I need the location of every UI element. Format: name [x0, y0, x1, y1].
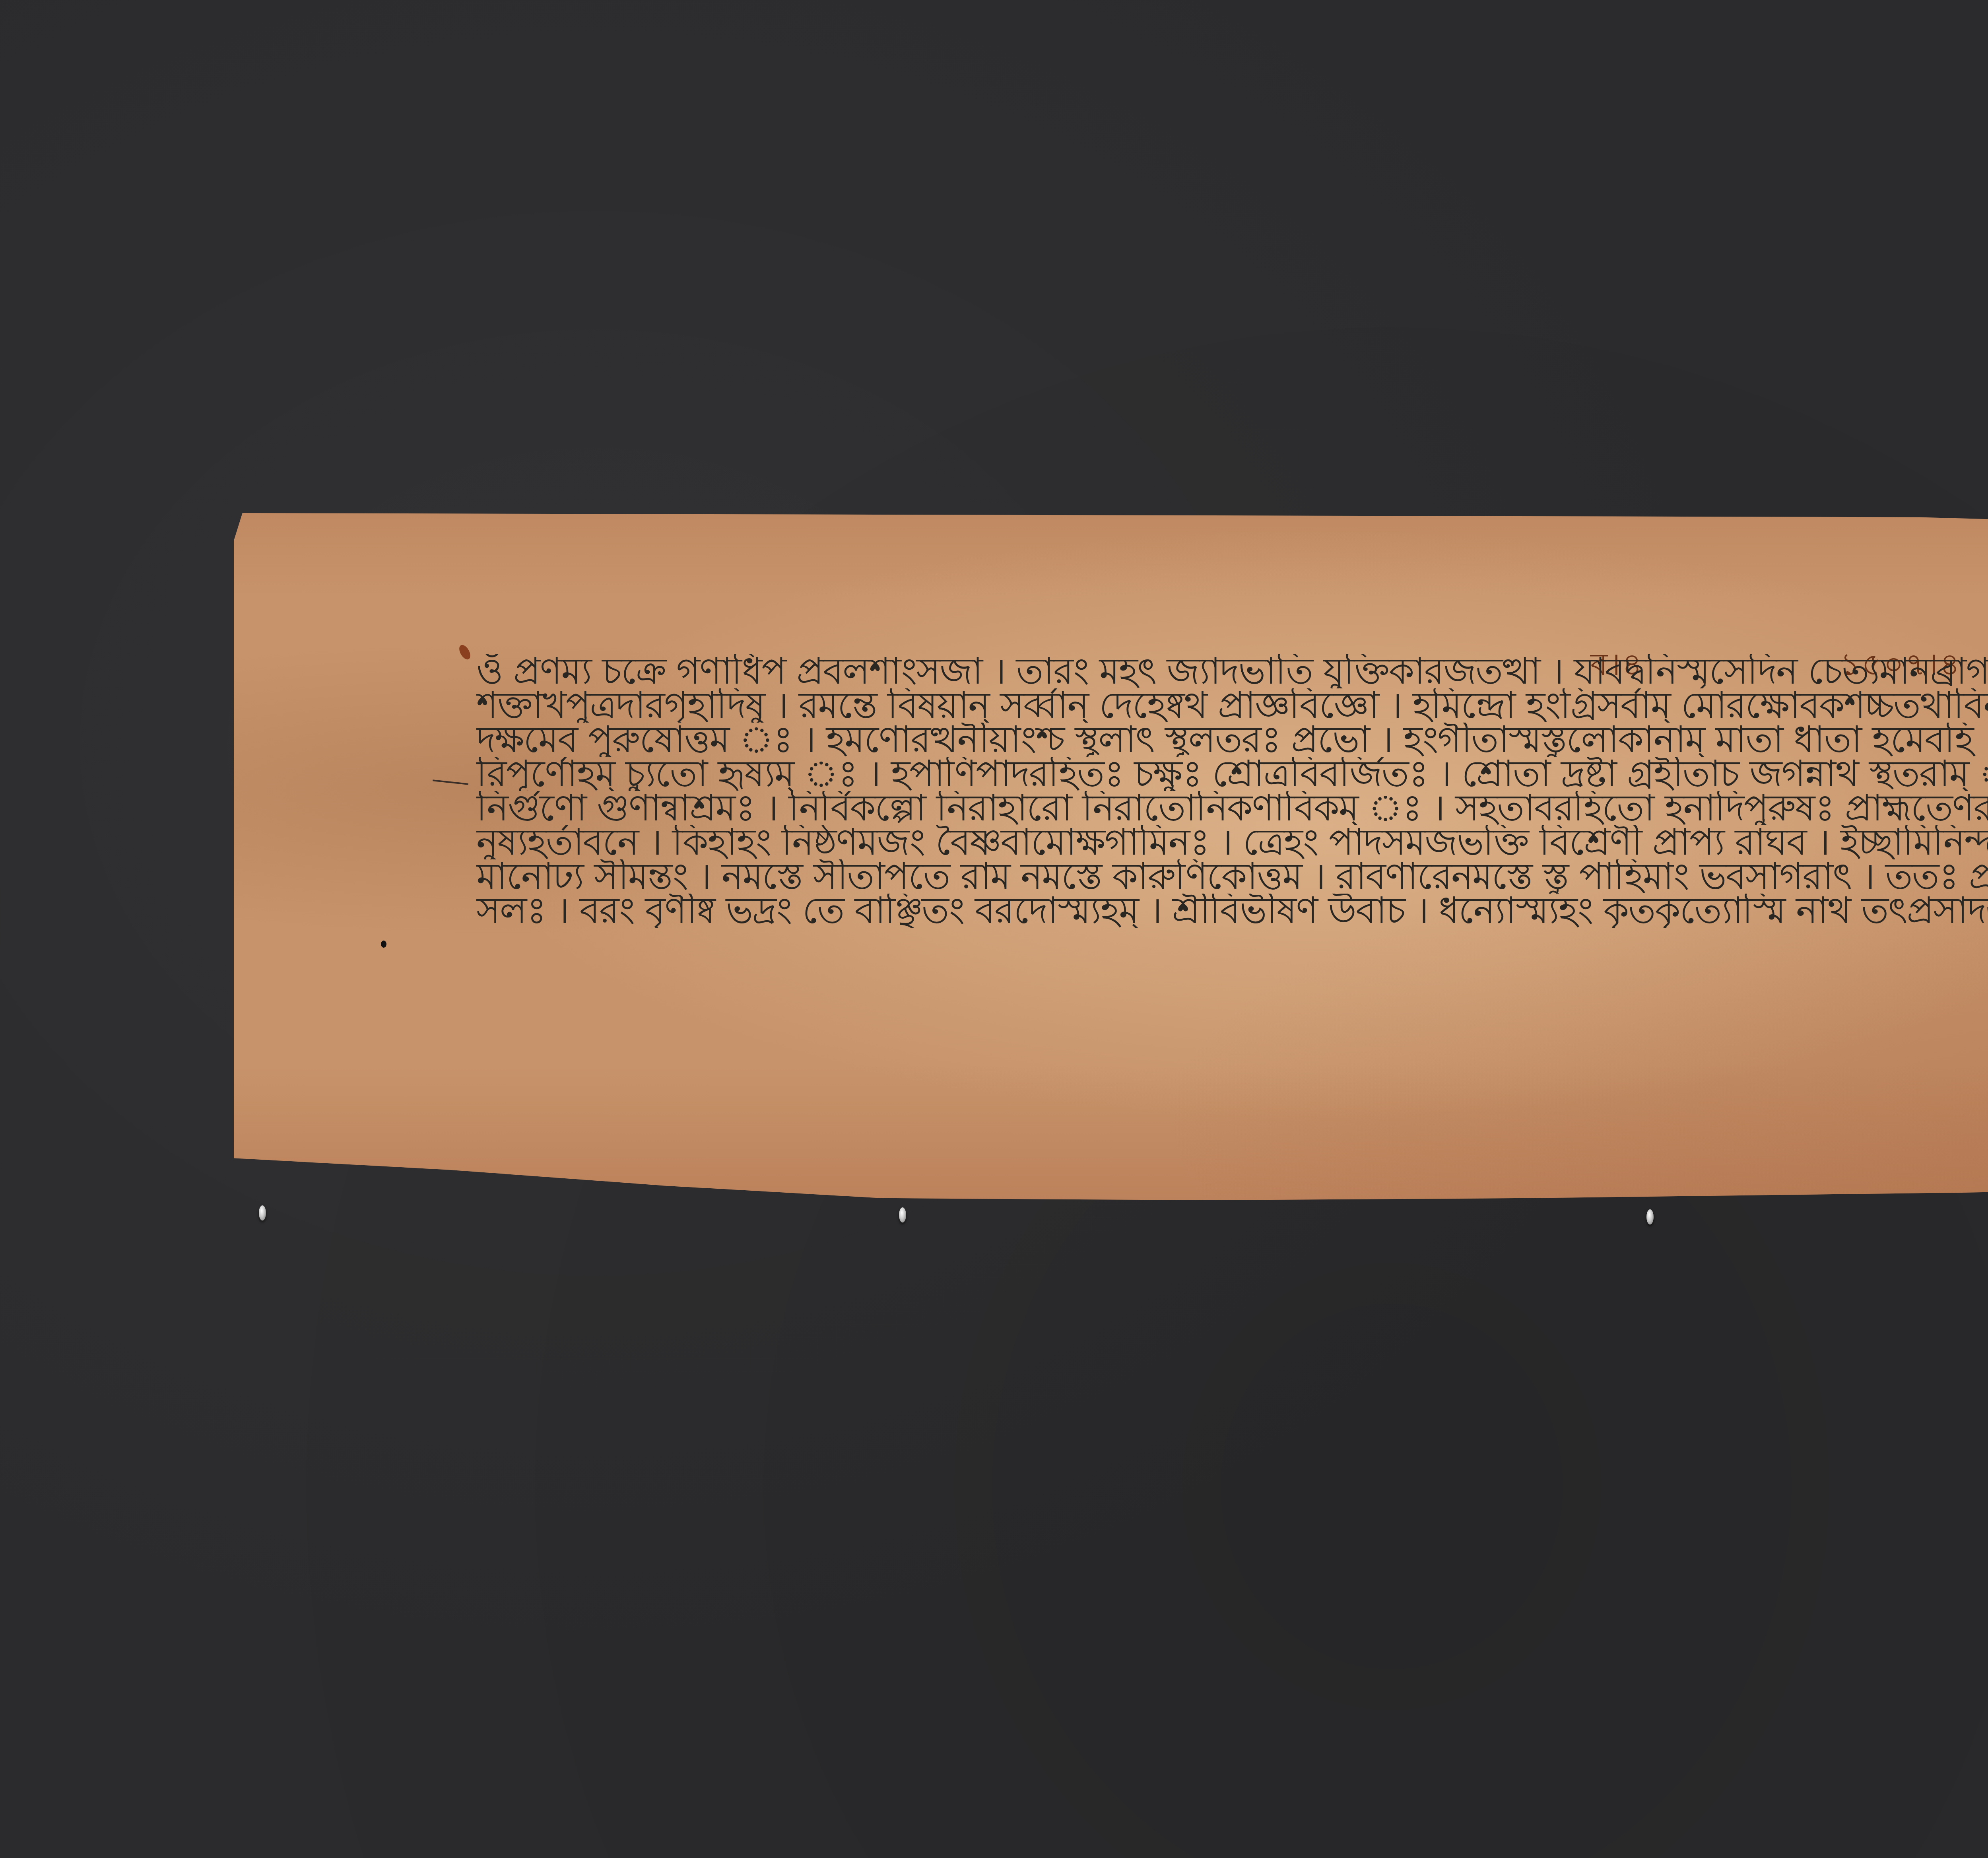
margin-dash-mark — [433, 779, 468, 785]
manuscript-line-4: রিপূর্ণোহম্ চ্যুতো হৃষ্যম্ ঃ । হপাণিপাদর… — [476, 757, 1988, 791]
manuscript-line-3: দক্ষমেব পুরুষোত্তম ঃ । হমণোরত্থনীয়াংশ্চ… — [476, 723, 1988, 757]
binding-hole-icon — [381, 941, 386, 948]
manuscript-line-2: শক্তাখপুত্রদারগৃহাদিষু । রমন্তে বিষয়ান্… — [476, 688, 1988, 723]
invocation-mark-icon — [457, 643, 472, 661]
manuscript-line-1: ওঁ প্রণম্য চক্রে গণাধিপ প্রবলশাংসজা । তা… — [476, 654, 1988, 688]
manuscript-folio: ব।৪ ১৫০৭।৪ ওঁ প্রণম্য চক্রে গণাধিপ প্রবল… — [234, 513, 1988, 1203]
mounting-pin-icon — [1646, 1209, 1654, 1224]
manuscript-line-7: মানোঢ্য সীমন্তং । নমস্তে সীতাপতে রাম নমস… — [476, 859, 1988, 894]
manuscript-line-6: নুষ্যহর্তাবনে । কিহাহং নিষ্ঠণমজং বৈষ্ণবা… — [476, 825, 1988, 859]
mounting-pin-icon — [259, 1205, 266, 1221]
manuscript-line-8: সলঃ । বরং বৃণীষ্ব ভদ্রং তে বাঞ্ছিতং বরদো… — [476, 894, 1988, 928]
manuscript-text-block: ওঁ প্রণম্য চক্রে গণাধিপ প্রবলশাংসজা । তা… — [476, 654, 1988, 928]
manuscript-line-5: নির্গুণো গুণান্বাশ্রমঃ । নির্বিকল্পো নির… — [476, 791, 1988, 825]
mounting-pin-icon — [899, 1207, 906, 1222]
